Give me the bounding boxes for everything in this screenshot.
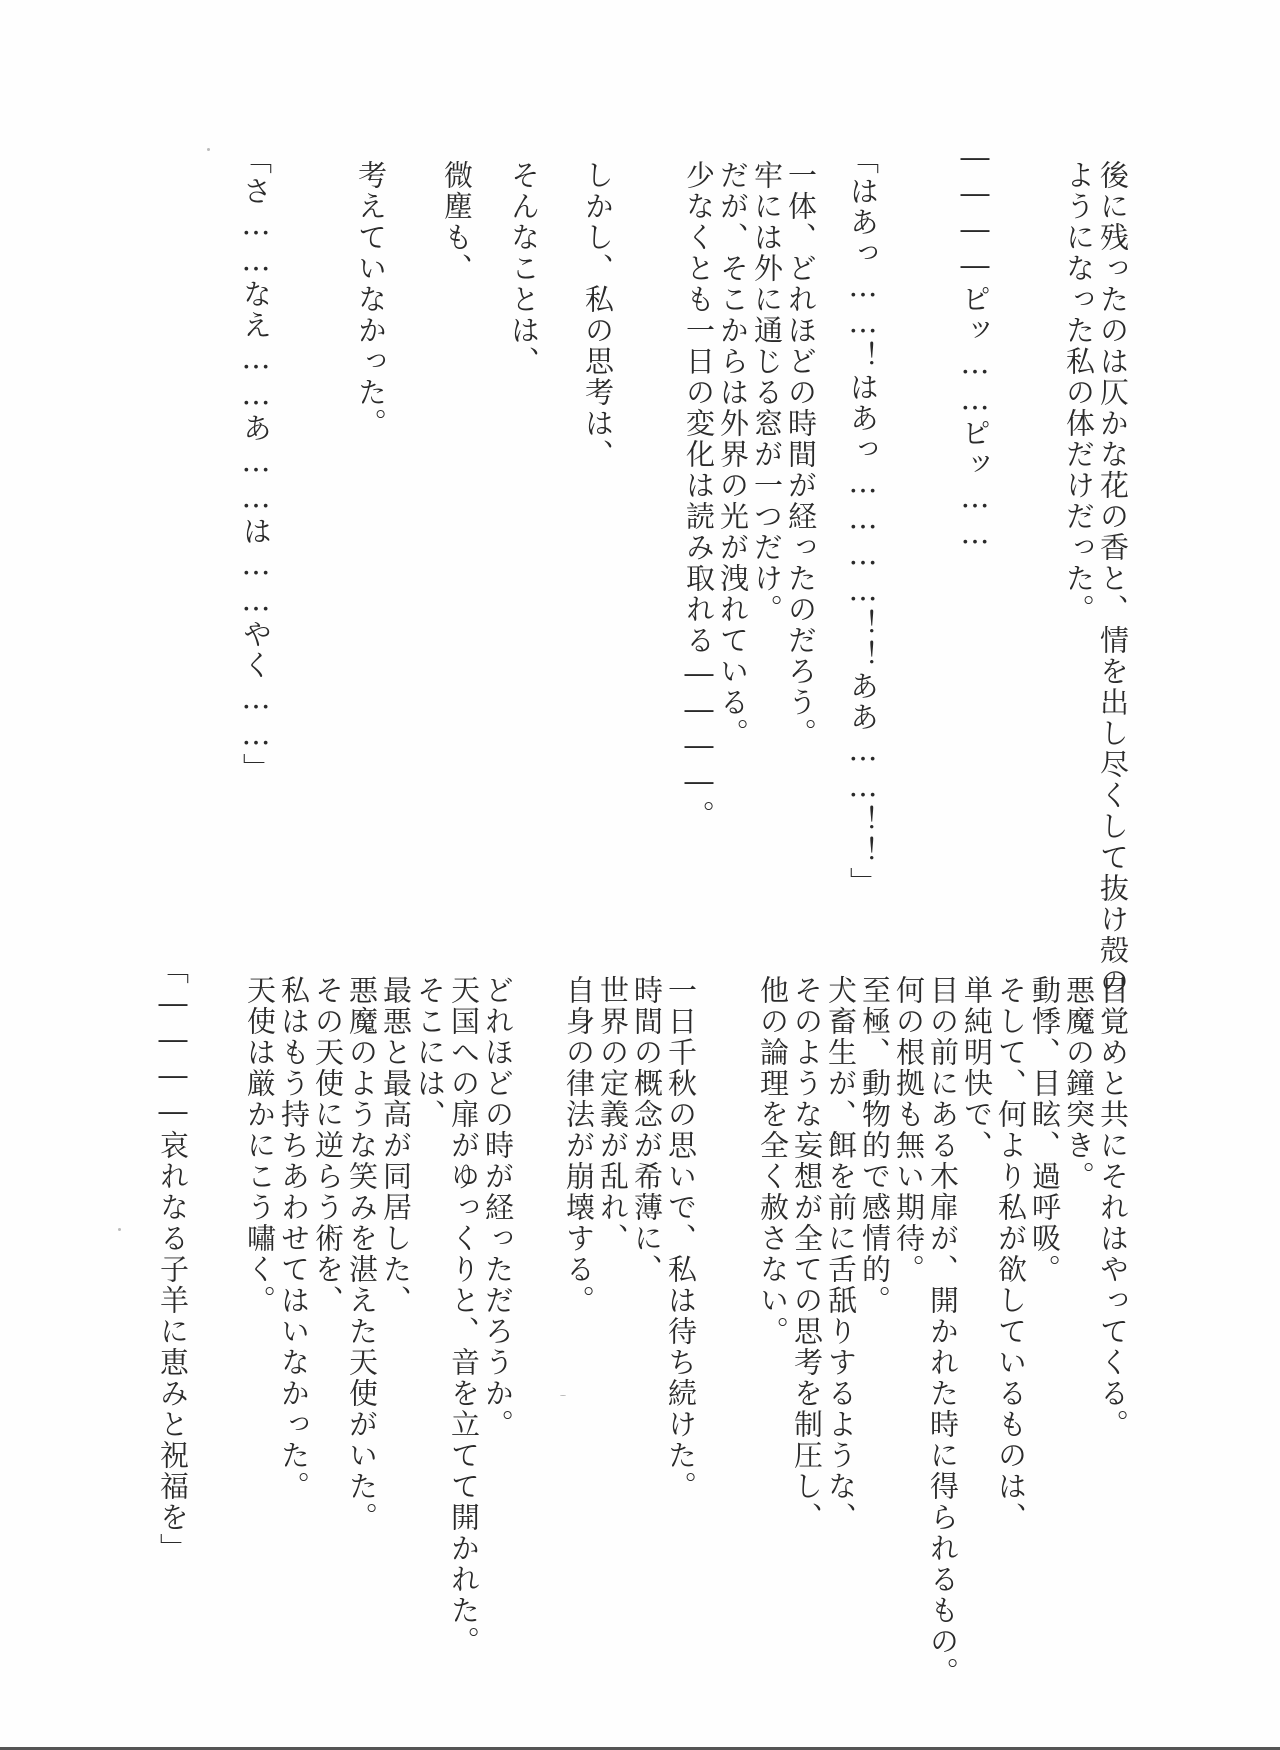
scan-speck — [560, 1395, 566, 1396]
text-column: 天使は厳かにこう嘯く。 — [245, 975, 274, 1316]
text-column: 私はもう持ちあわせてはいなかった。 — [279, 975, 308, 1502]
text-column: そんなことは、 — [509, 160, 538, 377]
text-column: 至極、動物的で感情的。 — [860, 975, 889, 1316]
text-column: 動悸、目眩、過呼吸。 — [1030, 975, 1059, 1285]
text-column: 犬畜生が、餌を前に舌舐りするような、 — [826, 975, 855, 1533]
text-column: 牢には外に通じる窓が一つだけ。 — [752, 160, 781, 625]
book-page: 後に残ったのは仄かな花の香と、情を出し尽くして抜け殻のようになった私の体だけだっ… — [0, 0, 1280, 1750]
text-column: 目覚めと共にそれはやってくる。 — [1098, 975, 1127, 1440]
text-column: ようになった私の体だけだった。 — [1064, 160, 1093, 625]
text-column: 時間の概念が希薄に、 — [632, 975, 661, 1285]
text-column: 最悪と最高が同居した、 — [381, 975, 410, 1316]
text-column: 悪魔の鐘突き。 — [1064, 975, 1093, 1192]
text-column: 目の前にある木扉が、開かれた時に得られるもの。 — [928, 975, 957, 1688]
text-column: 一日千秋の思いで、私は待ち続けた。 — [666, 975, 695, 1502]
text-column: そして、何より私が欲しているものは、 — [996, 975, 1025, 1533]
text-column: 何の根拠も無い期待。 — [894, 975, 923, 1285]
text-column: そこには、 — [415, 975, 444, 1130]
text-column: 悪魔のような笑みを湛えた天使がいた。 — [347, 975, 376, 1533]
text-column: 後に残ったのは仄かな花の香と、情を出し尽くして抜け殻の — [1098, 160, 1127, 997]
text-column: 一体、どれほどの時間が経ったのだろう。 — [786, 160, 815, 749]
text-column: だが、そこからは外界の光が洩れている。 — [718, 160, 747, 749]
scan-speck — [118, 1228, 121, 1231]
scan-speck — [207, 148, 210, 151]
text-column: 考えていなかった。 — [356, 160, 385, 439]
text-column: 「はあっ……！はあっ…………！！ああ……！！」 — [848, 145, 877, 898]
text-column: 「――――哀れなる子羊に恵みと祝福を」 — [158, 955, 187, 1564]
text-column: しかし、私の思考は、 — [583, 160, 612, 470]
text-column: 天国への扉がゆっくりと、音を立てて開かれた。 — [449, 975, 478, 1657]
text-column: 自身の律法が崩壊する。 — [564, 975, 593, 1316]
text-column: 他の論理を全く赦さない。 — [758, 975, 787, 1347]
text-column: 少なくとも一日の変化は読み取れる――――。 — [684, 160, 713, 831]
text-column: そのような妄想が全ての思考を制圧し、 — [792, 975, 821, 1533]
text-column: ――――ピッ……ピッ…… — [960, 140, 989, 552]
text-column: 単純明快で、 — [962, 975, 991, 1161]
text-column: その天使に逆らう術を、 — [313, 975, 342, 1316]
text-column: どれほどの時が経っただろうか。 — [483, 975, 512, 1440]
text-column: 微塵も、 — [442, 160, 471, 284]
text-column: 「さ……なえ……あ……は……やく……」 — [241, 145, 270, 784]
text-column: 世界の定義が乱れ、 — [598, 975, 627, 1254]
